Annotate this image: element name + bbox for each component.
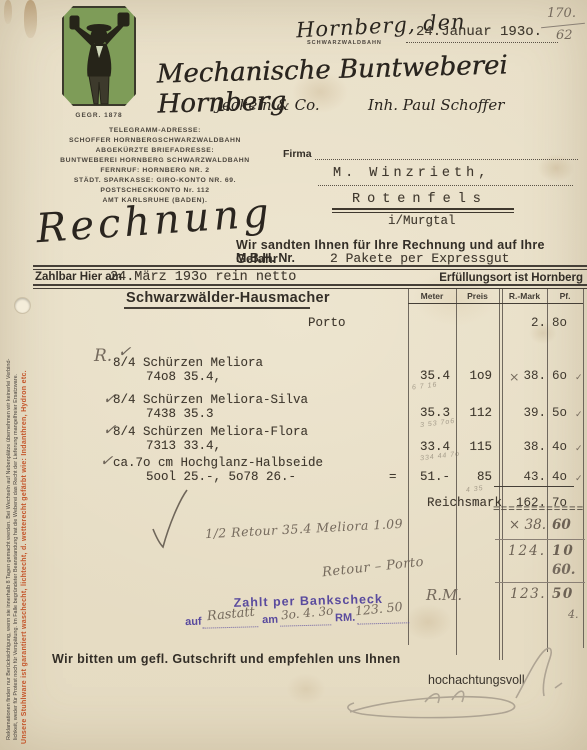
recipient-region: i/Murgtal bbox=[388, 214, 456, 228]
row-meter: 35.3 bbox=[410, 406, 450, 420]
porto-mark: 2. bbox=[495, 316, 547, 330]
mbh-label: M.B.H. Nr. bbox=[236, 251, 295, 265]
margin-tick: ✓ bbox=[575, 443, 583, 454]
pencil-rule bbox=[495, 539, 585, 540]
row-meter: 51.- bbox=[410, 470, 450, 484]
recipient-name-line bbox=[318, 185, 573, 186]
margin-conditions-text: Reklamationen finden nur Berücksichtigun… bbox=[6, 359, 20, 740]
shipping-typed: 2 Pakete per Expressgut bbox=[330, 251, 509, 266]
pencil-folio-top: 170. bbox=[547, 6, 576, 21]
col-header-rule bbox=[408, 303, 583, 304]
pencil-note-porto: Retour – Porto bbox=[321, 555, 424, 581]
pencil-final-mark: 123. bbox=[510, 586, 546, 602]
pencil-signature bbox=[330, 640, 570, 740]
schwarzwaldbahn-label: SCHWARZWALDBAHN bbox=[307, 40, 382, 46]
pencil-note-retour: 1/2 Retour 35.4 Meliora 1.09 bbox=[205, 516, 404, 541]
table-line bbox=[583, 289, 584, 648]
section-title-underline bbox=[124, 307, 310, 309]
recipient-city-rule bbox=[332, 208, 514, 213]
pencil-rm-label: R.M. bbox=[426, 586, 462, 604]
total-label: Reichsmark bbox=[427, 496, 502, 510]
pencil-subtotal-pf: 10 bbox=[547, 543, 583, 559]
firma-label: Firma bbox=[283, 148, 312, 160]
row-preis: 112 bbox=[462, 406, 492, 420]
col-header-pf: Pf. bbox=[547, 291, 583, 301]
stamp-blank-line bbox=[202, 626, 258, 628]
recipient-city: Rotenfels bbox=[352, 192, 488, 207]
company-proprietor: Inh. Paul Schoffer bbox=[368, 96, 504, 114]
pencil-subtotal-mark: 124. bbox=[508, 543, 546, 559]
rule bbox=[33, 265, 587, 267]
stamp-blank-line bbox=[357, 622, 409, 624]
equals-sign: = bbox=[389, 470, 397, 484]
row-mark: 39. bbox=[523, 406, 546, 420]
row-desc: 8/4 Schürzen Meliora bbox=[113, 356, 263, 370]
info-line: TELEGRAMM-ADRESSE: bbox=[30, 126, 280, 136]
row-mark: 38. bbox=[523, 440, 546, 454]
total-double-rule: ============ bbox=[493, 504, 584, 516]
stamp-rm-label: RM. bbox=[335, 612, 355, 625]
pencil-credit-pf: 60 bbox=[547, 517, 583, 533]
payable-label: Zahlbar Hier am bbox=[35, 271, 122, 283]
info-line: STÄDT. SPARKASSE: GIRO-KONTO NR. 69. bbox=[30, 176, 280, 186]
pencil-credit-mark: × 38. bbox=[509, 517, 546, 533]
stamp-place-handwritten: Rastatt bbox=[206, 605, 255, 625]
row-desc2: 7438 35.3 bbox=[146, 407, 214, 421]
stamp-am-label: am bbox=[262, 614, 278, 626]
row-amount: 43.4o bbox=[495, 470, 583, 484]
pencil-folio-bottom: 62 bbox=[556, 28, 573, 43]
pencil-credit: × 38.60 bbox=[495, 517, 583, 533]
company-logo bbox=[62, 6, 136, 106]
blackforest-man-illustration bbox=[62, 6, 136, 106]
info-line: FERNRUF: HORNBERG NR. 2 bbox=[30, 166, 280, 176]
col-header-preis: Preis bbox=[456, 291, 499, 301]
fulfillment-label: Erfüllungsort ist Hornberg bbox=[415, 272, 583, 284]
row-amount: 38.4o bbox=[495, 440, 583, 454]
info-line: ABGEKÜRZTE BRIEFADRESSE: bbox=[30, 146, 280, 156]
invoice-date: 24.Januar 193o. bbox=[416, 24, 542, 40]
margin-guarantee-text: Unsere Stuhlware ist garantiert waschech… bbox=[21, 370, 28, 744]
tape-stain-small bbox=[4, 0, 12, 24]
row-amount: ×38.6o bbox=[495, 369, 583, 384]
row-desc2: 5ool 25.-, 5o78 26.- bbox=[146, 470, 296, 484]
sum-rule bbox=[494, 486, 574, 487]
payable-terms-typed: 24.März 193o rein netto bbox=[110, 270, 296, 285]
row-mark: 38. bbox=[523, 369, 546, 384]
stamp-blank-line bbox=[280, 624, 331, 626]
pencil-final-pf: 50 bbox=[547, 586, 583, 602]
margin-tick: ✓ bbox=[575, 372, 583, 383]
row-desc2: 7313 33.4, bbox=[146, 439, 221, 453]
pencil-retour-porto-pf: 60. bbox=[552, 562, 576, 578]
porto-label: Porto bbox=[308, 316, 346, 330]
margin-tick: ✓ bbox=[575, 409, 583, 420]
pencil-subtotal: 124.10 bbox=[495, 543, 583, 559]
porto-pf: 8o bbox=[547, 316, 583, 330]
margin-tick: ✓ bbox=[575, 473, 583, 484]
row-preis: 85 bbox=[462, 470, 492, 484]
row-desc: 8/4 Schürzen Meliora-Flora bbox=[113, 425, 308, 439]
stamp-auf-label: auf bbox=[185, 616, 202, 628]
row-mark: 43. bbox=[523, 470, 546, 484]
row-meter: 35.4 bbox=[410, 369, 450, 383]
row-desc: 8/4 Schürzen Meliora-Silva bbox=[113, 393, 308, 407]
section-title: Schwarzwälder-Hausmacher bbox=[126, 290, 330, 306]
info-line: BUNTWEBEREI HORNBERG SCHWARZWALDBAHN bbox=[30, 156, 280, 166]
pencil-r-mark: R. bbox=[94, 346, 112, 366]
rule bbox=[33, 284, 587, 286]
row-desc: ca.7o cm Hochglanz-Halbseide bbox=[113, 456, 323, 470]
pencil-scribble: 4 35 bbox=[466, 485, 484, 494]
date-underline bbox=[406, 42, 558, 43]
row-amount: 39.5o bbox=[495, 406, 583, 420]
founded-label: GEGR. 1878 bbox=[62, 112, 136, 119]
pencil-rule bbox=[495, 582, 585, 583]
porto-amount: 2.8o bbox=[495, 316, 583, 330]
pencil-small-note: 4. bbox=[568, 608, 579, 621]
info-line: SCHOFFER HORNBERGSCHWARZWALDBAHN bbox=[30, 136, 280, 146]
invoice-scan: GEGR. 1878 Hornberg, den SCHWARZWALDBAHN… bbox=[0, 0, 587, 750]
firma-line bbox=[315, 159, 578, 160]
big-pencil-checkmark bbox=[147, 487, 192, 552]
pencil-x-mark: × bbox=[509, 369, 519, 384]
rule bbox=[33, 288, 587, 289]
margin-conditions-line1: Reklamationen finden nur Berücksichtigun… bbox=[6, 359, 13, 740]
company-owners: Jeckeln & Co. bbox=[216, 96, 320, 114]
row-preis: 1o9 bbox=[462, 369, 492, 383]
col-header-rmark: R.-Mark bbox=[502, 291, 547, 301]
tape-stain bbox=[24, 0, 37, 38]
recipient-name: M. Winzrieth, bbox=[333, 166, 490, 181]
pencil-final: 123.50 bbox=[495, 586, 583, 602]
row-preis: 115 bbox=[462, 440, 492, 454]
col-header-meter: Meter bbox=[408, 291, 456, 301]
row-desc2: 74o8 35.4, bbox=[146, 370, 221, 384]
hole-punch bbox=[15, 298, 30, 313]
bankscheck-stamp: Zahlt per Bankscheck auf am RM. Rastatt … bbox=[179, 589, 430, 642]
stamp-amount-handwritten: 123. 50 bbox=[354, 599, 403, 619]
margin-conditions-line2: lichkeit, weder für Protest noch für Ver… bbox=[13, 359, 20, 740]
